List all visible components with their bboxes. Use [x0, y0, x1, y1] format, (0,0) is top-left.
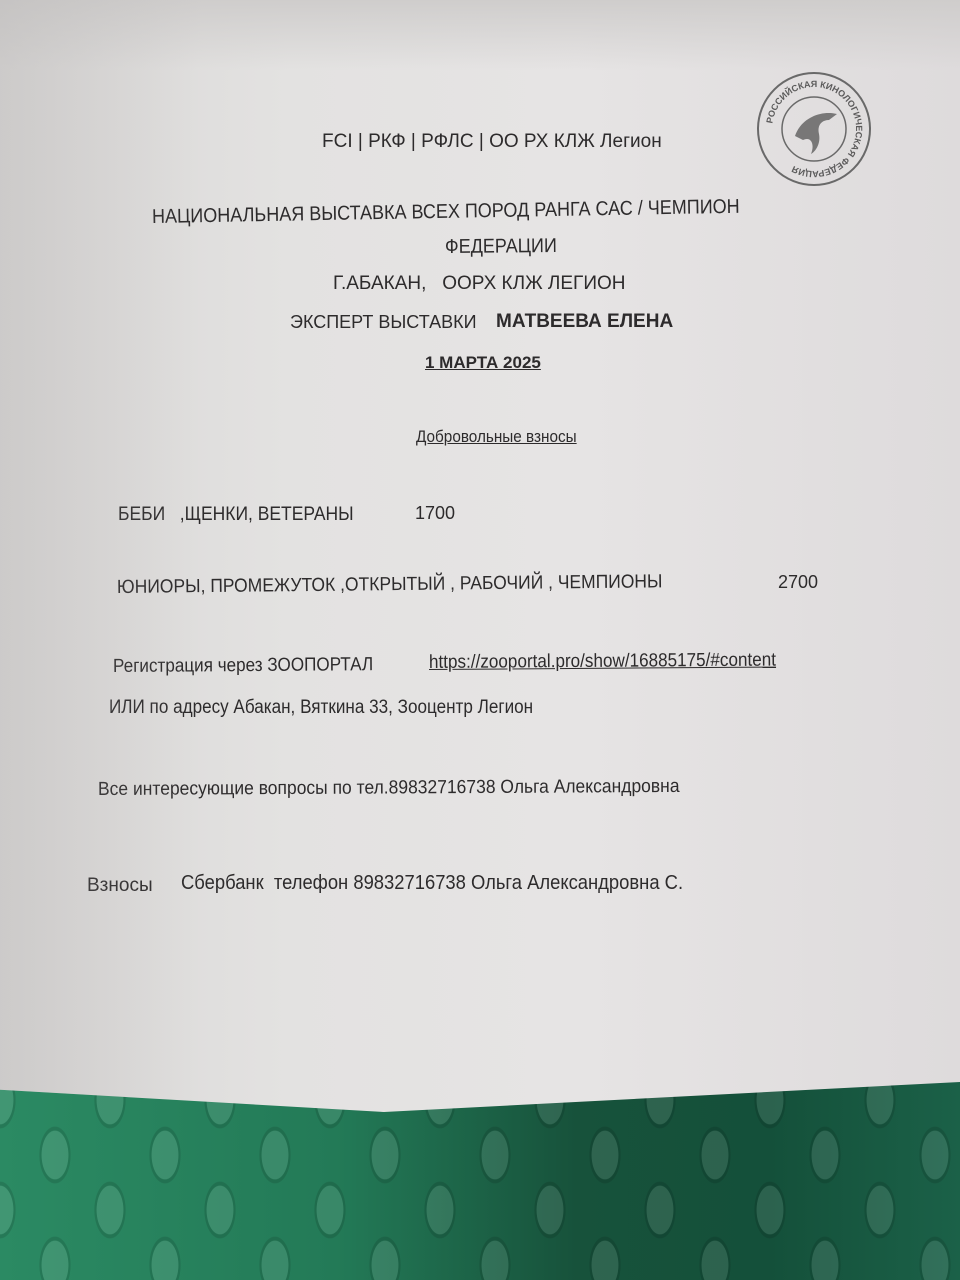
fee-amount-2: 2700	[778, 572, 818, 593]
fee-amount-1: 1700	[415, 503, 455, 524]
registration-link[interactable]: https://zooportal.pro/show/16885175/#con…	[429, 650, 776, 674]
payment-label: Взносы	[87, 875, 153, 897]
title-line-2: ФЕДЕРАЦИИ	[445, 235, 557, 259]
dog-head-icon: РОССИЙСКАЯ КИНОЛОГИЧЕСКАЯ ФЕДЕРАЦИЯ	[759, 74, 869, 184]
show-date: 1 МАРТА 2025	[425, 353, 541, 373]
rkf-stamp-logo: РОССИЙСКАЯ КИНОЛОГИЧЕСКАЯ ФЕДЕРАЦИЯ	[757, 72, 871, 186]
registration-label: Регистрация через ЗООПОРТАЛ	[113, 654, 373, 678]
header-organizations: FCI | РКФ | РФЛС | ОО РХ КЛЖ Легион	[322, 131, 662, 153]
payment-details: Сбербанк телефон 89832716738 Ольга Алекс…	[181, 872, 683, 895]
expert-name: МАТВЕЕВА ЕЛЕНА	[496, 311, 673, 333]
expert-label: ЭКСПЕРТ ВЫСТАВКИ	[290, 312, 477, 333]
location-line: Г.АБАКАН, ООРХ КЛЖ ЛЕГИОН	[333, 273, 626, 295]
questions-line: Все интересующие вопросы по тел.89832716…	[98, 776, 680, 801]
fees-heading: Добровольные взносы	[416, 427, 577, 447]
fee-classes-2: ЮНИОРЫ, ПРОМЕЖУТОК ,ОТКРЫТЫЙ , РАБОЧИЙ ,…	[117, 571, 663, 599]
paper-sheet: РОССИЙСКАЯ КИНОЛОГИЧЕСКАЯ ФЕДЕРАЦИЯ FCI …	[0, 0, 960, 1112]
fee-classes-1: БЕБИ ,ЩЕНКИ, ВЕТЕРАНЫ	[118, 504, 354, 526]
title-line-1: НАЦИОНАЛЬНАЯ ВЫСТАВКА ВСЕХ ПОРОД РАНГА С…	[152, 196, 740, 229]
address-line: ИЛИ по адресу Абакан, Вяткина 33, Зооцен…	[109, 697, 533, 719]
